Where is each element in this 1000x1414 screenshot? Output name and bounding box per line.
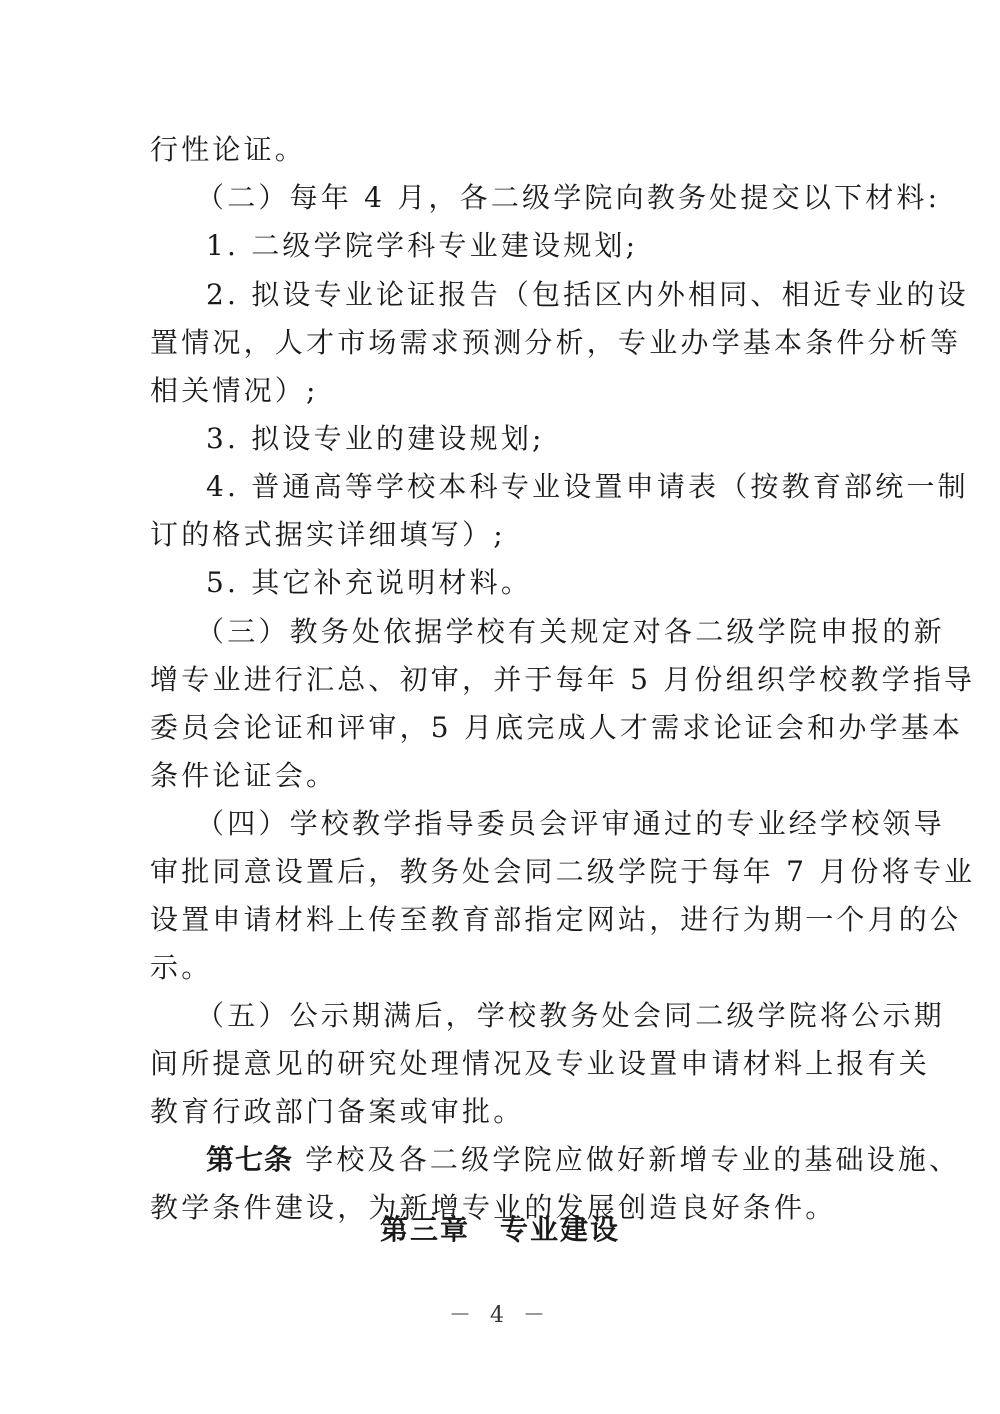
article-text: 学校及各二级学院应做好新增专业的基础设施、 (305, 1143, 960, 1176)
list-item: 3. 拟设专业的建设规划; (206, 419, 850, 459)
article-7-line: 第七条 学校及各二级学院应做好新增专业的基础设施、 (206, 1140, 860, 1180)
paragraph-line: 条件论证会。 (150, 756, 850, 796)
list-item: 1. 二级学院学科专业建设规划; (206, 226, 850, 266)
list-item: 5. 其它补充说明材料。 (206, 563, 850, 603)
paragraph-line: 置情况，人才市场需求预测分析，专业办学基本条件分析等 (150, 323, 850, 363)
paragraph-line: 教育行政部门备案或审批。 (150, 1092, 850, 1132)
paragraph-line: （五）公示期满后，学校教务处会同二级学院将公示期 (196, 996, 850, 1036)
chapter-title: 第三章 专业建设 (0, 1210, 1000, 1250)
paragraph-line: 设置申请材料上传至教育部指定网站，进行为期一个月的公 (150, 900, 850, 940)
paragraph-line: （四）学校教学指导委员会评审通过的专业经学校领导 (196, 804, 850, 844)
paragraph-line: （三）教务处依据学校有关规定对各二级学院申报的新 (196, 612, 850, 652)
list-item: 4. 普通高等学校本科专业设置申请表（按教育部统一制 (206, 467, 850, 507)
paragraph-line: 委员会论证和评审，5 月底完成人才需求论证会和办学基本 (150, 708, 850, 748)
paragraph-line: 审批同意设置后，教务处会同二级学院于每年 7 月份将专业 (150, 852, 850, 892)
paragraph-line: 增专业进行汇总、初审，并于每年 5 月份组织学校教学指导 (150, 660, 850, 700)
paragraph-line: 订的格式据实详细填写）; (150, 515, 850, 555)
article-label: 第七条 (206, 1143, 293, 1176)
paragraph-line: 相关情况）; (150, 371, 850, 411)
paragraph-line: 行性论证。 (150, 130, 850, 170)
paragraph-line: 示。 (150, 948, 850, 988)
page-number: － 4 － (0, 1298, 1000, 1329)
document-page: 行性论证。 （二）每年 4 月，各二级学院向教务处提交以下材料: 1. 二级学院… (0, 0, 1000, 1414)
paragraph-line: （二）每年 4 月，各二级学院向教务处提交以下材料: (196, 178, 850, 218)
paragraph-line: 间所提意见的研究处理情况及专业设置申请材料上报有关 (150, 1044, 850, 1084)
list-item: 2. 拟设专业论证报告（包括区内外相同、相近专业的设 (206, 275, 850, 315)
